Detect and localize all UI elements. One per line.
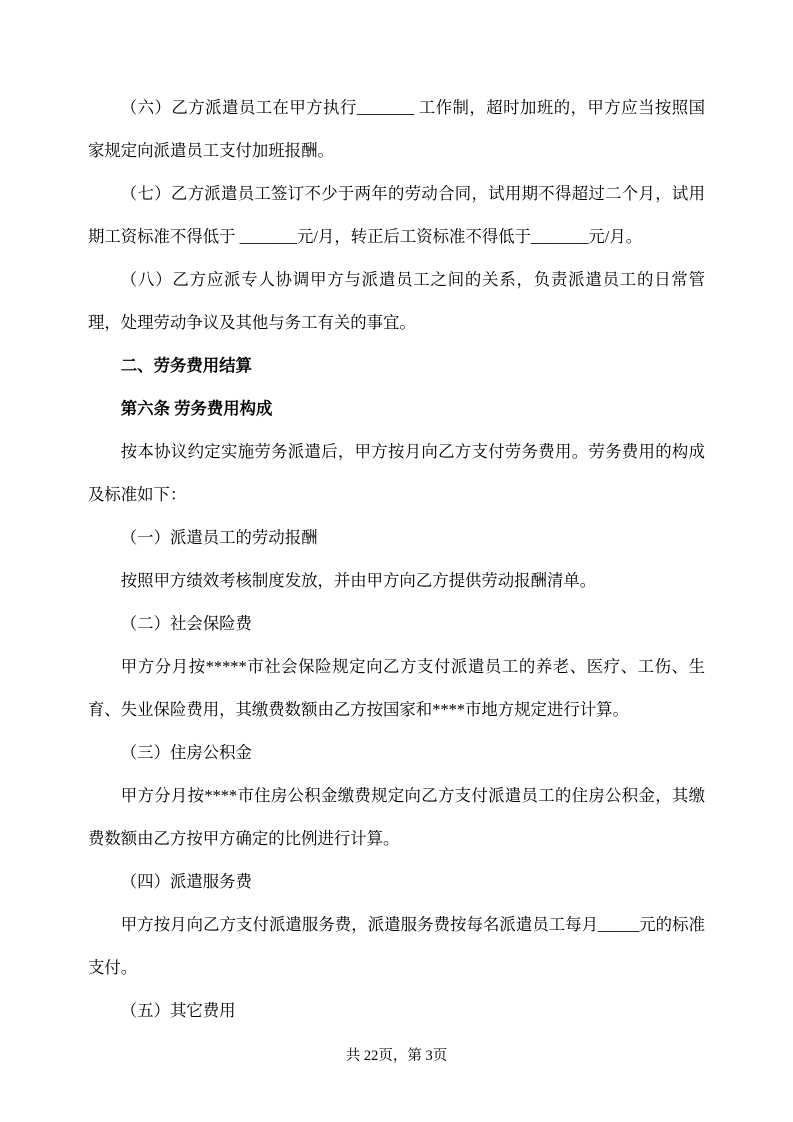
page-footer: 共 22页，第 3页 xyxy=(0,1046,793,1066)
paragraph-clause-8: （八）乙方应派专人协调甲方与派遣员工之间的关系，负责派遣员工的日常管理，处理劳动… xyxy=(88,258,705,344)
paragraph-item-3-title: （三）住房公积金 xyxy=(88,731,705,774)
paragraph-item-3-body: 甲方分月按****市住房公积金缴费规定向乙方支付派遣员工的住房公积金，其缴费数额… xyxy=(88,774,705,860)
paragraph-clause-6: （六）乙方派遣员工在甲方执行_______ 工作制，超时加班的，甲方应当按照国家… xyxy=(88,86,705,172)
document-page: （六）乙方派遣员工在甲方执行_______ 工作制，超时加班的，甲方应当按照国家… xyxy=(0,0,793,1122)
paragraph-item-2-title: （二）社会保险费 xyxy=(88,602,705,645)
paragraph-item-5-title: （五）其它费用 xyxy=(88,989,705,1032)
paragraph-fee-intro: 按本协议约定实施劳务派遣后，甲方按月向乙方支付劳务费用。劳务费用的构成及标准如下… xyxy=(88,430,705,516)
paragraph-clause-7: （七）乙方派遣员工签订不少于两年的劳动合同，试用期不得超过二个月，试用期工资标准… xyxy=(88,172,705,258)
paragraph-item-1-body: 按照甲方绩效考核制度发放，并由甲方向乙方提供劳动报酬清单。 xyxy=(88,559,705,602)
paragraph-item-4-body: 甲方按月向乙方支付派遣服务费，派遣服务费按每名派遣员工每月_____元的标准支付… xyxy=(88,903,705,989)
paragraph-item-2-body: 甲方分月按*****市社会保险规定向乙方支付派遣员工的养老、医疗、工伤、生育、失… xyxy=(88,645,705,731)
document-body: （六）乙方派遣员工在甲方执行_______ 工作制，超时加班的，甲方应当按照国家… xyxy=(88,86,705,1032)
section-heading-part-2: 二、劳务费用结算 xyxy=(88,344,705,387)
paragraph-item-4-title: （四）派遣服务费 xyxy=(88,860,705,903)
paragraph-item-1-title: （一）派遣员工的劳动报酬 xyxy=(88,516,705,559)
section-heading-article-6: 第六条 劳务费用构成 xyxy=(88,387,705,430)
